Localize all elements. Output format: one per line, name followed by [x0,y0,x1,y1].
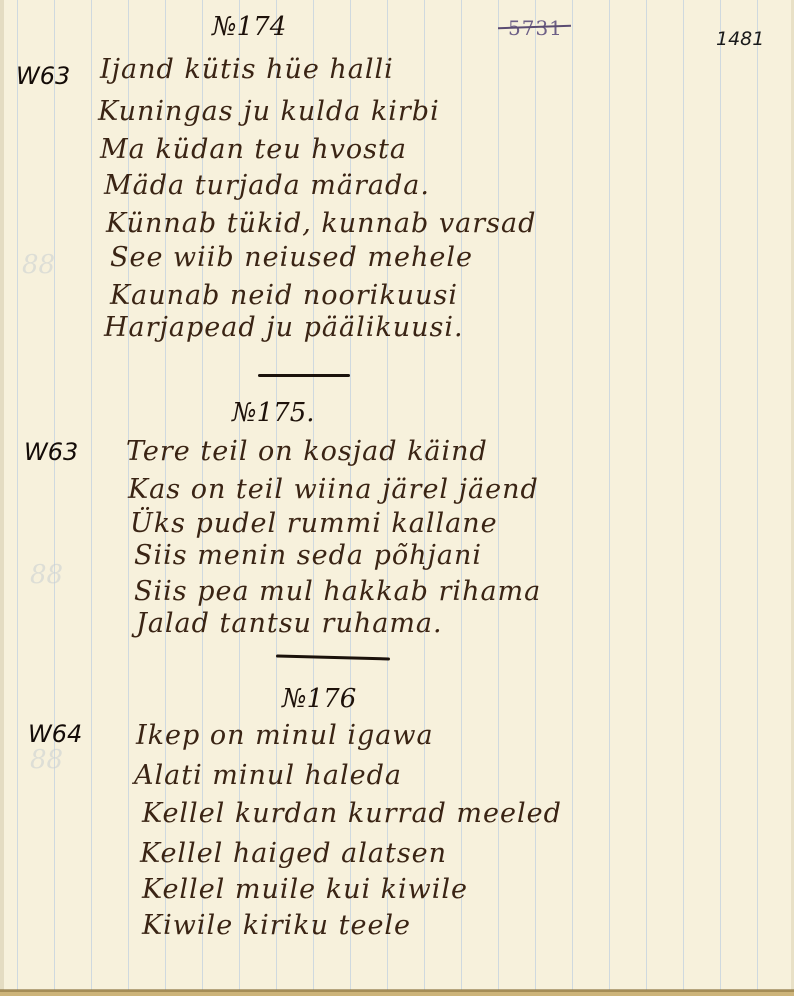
bleed-through-mark: 88 [30,560,63,590]
song-175-line-5: Siis pea mul hakkab rihama [134,578,541,605]
section-divider [276,655,390,661]
song-176-line-5: Kellel muile kui kiwile [142,876,468,903]
song-number-175: №175. [232,398,315,428]
song-174-line-1: Ijand kütis hüe halli [100,56,394,83]
song-176-line-6: Kiwile kiriku teele [142,912,411,939]
section-divider [258,374,350,377]
song-176-line-3: Kellel kurdan kurrad meeled [142,800,562,827]
song-174-line-4: Mäda turjada märada. [104,172,430,199]
song-175-line-4: Siis menin seda põhjani [134,542,482,569]
song-code-175: W63 [24,438,78,466]
manuscript-page: 5731 1481 88 88 88 №174 W63 Ijand kütis … [0,0,794,996]
song-174-line-8: Harjapead ju päälikuusi. [104,314,464,341]
struck-through-number: 5731 [508,16,563,40]
song-176-line-1: Ikep on minul igawa [136,722,434,749]
song-174-line-6: See wiib neiused mehele [110,244,473,271]
song-175-line-6: Jalad tantsu ruhama. [136,610,443,637]
song-174-line-3: Ma küdan teu hvosta [100,136,407,163]
song-175-line-1: Tere teil on kosjad käind [126,438,488,465]
song-176-line-4: Kellel haiged alatsen [140,840,447,867]
song-number-176: №176 [282,684,356,714]
bleed-through-mark: 88 [30,745,63,775]
song-number-174: №174 [212,12,286,42]
song-code-176: W64 [28,720,82,748]
song-175-line-2: Kas on teil wiina järel jäend [128,476,539,503]
song-176-line-2: Alati minul haleda [134,762,402,789]
song-174-line-2: Kuningas ju kulda kirbi [98,98,440,125]
song-175-line-3: Üks pudel rummi kallane [130,510,498,537]
page-edge [0,0,4,990]
bleed-through-mark: 88 [22,250,55,280]
archive-page-number: 1481 [716,28,764,50]
song-code-174: W63 [16,62,70,90]
song-174-line-5: Künnab tükid, kunnab varsad [106,210,536,237]
song-174-line-7: Kaunab neid noorikuusi [110,282,458,309]
song-176-line-1-text: Ikep on minul igawa [136,720,434,751]
